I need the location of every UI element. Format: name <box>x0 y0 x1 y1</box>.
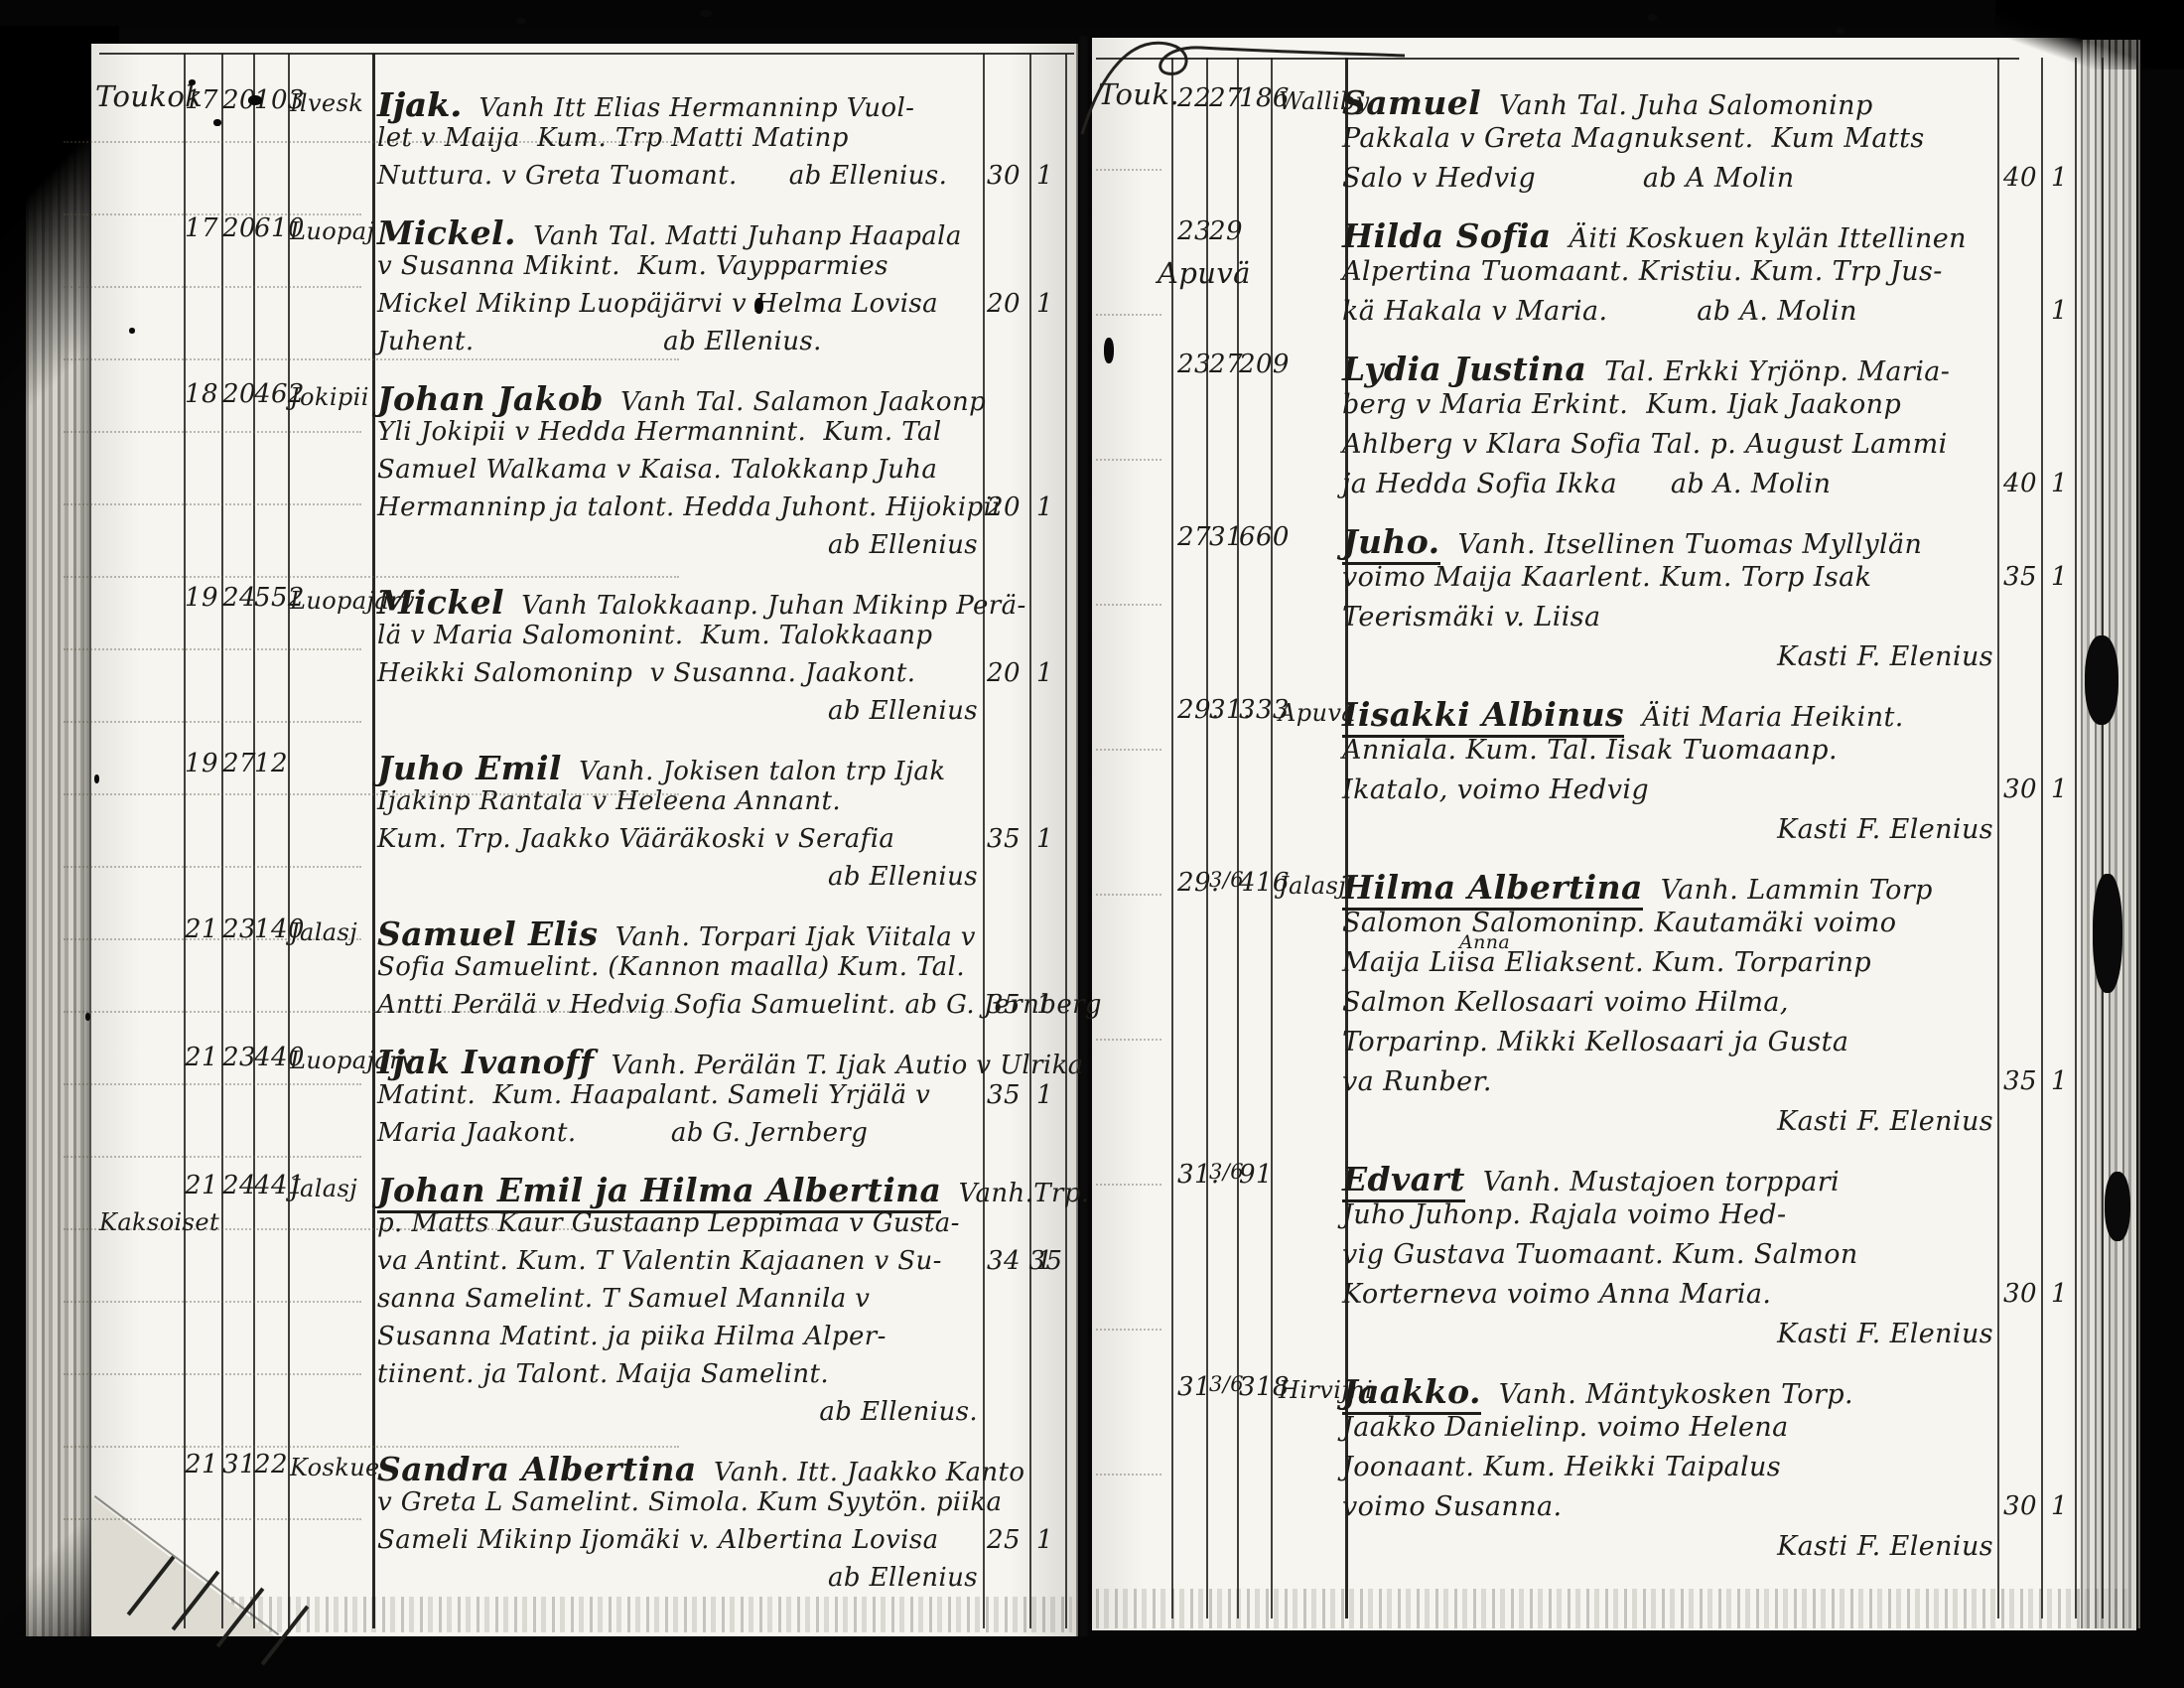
record-line-text: Vanh. Torpari Ijak Viitala v <box>598 922 976 952</box>
record-line-text: Tal. Erkki Yrjönp. Maria- <box>1586 356 1950 387</box>
village-cell-large: Apuvä <box>1158 256 1251 290</box>
record-line: Salmon Kellosaari voimo Hilma, <box>1342 987 1789 1018</box>
count-cell: 1 <box>2051 1279 2068 1309</box>
scan-speck <box>2085 635 2118 725</box>
record-line: Anniala. Kum. Tal. Iisak Tuomaanp. <box>1342 735 1838 766</box>
village-cell: Luopaj <box>290 217 374 245</box>
born-day-cell: 17 <box>185 213 218 243</box>
scan-speck <box>129 328 135 334</box>
record-line-text: Vanh. Mäntykosken Torp. <box>1481 1379 1853 1410</box>
born-day-cell: 23 <box>1177 350 1211 379</box>
record-line: Matint. Kum. Haapalant. Sameli Yrjälä v <box>377 1080 930 1110</box>
record-line-text: Vanh Itt Elias Hermanninp Vuol- <box>462 93 914 123</box>
faint-row-guide <box>64 1301 361 1303</box>
record-line: ab Ellenius <box>377 696 1093 726</box>
record-line: Mickel Mikinp Luopäjärvi v Helma Lovisa <box>377 289 938 319</box>
column-rule-line <box>1171 58 1173 1618</box>
record-line: ab Ellenius <box>377 1563 1093 1593</box>
record-line: ab Ellenius <box>377 862 1093 892</box>
faint-row-guide <box>1096 1184 1161 1186</box>
fee-cell: 35 <box>987 824 1021 854</box>
record-line-text: Äiti Maria Heikint. <box>1624 702 1904 733</box>
village-cell: Ilvesk <box>290 89 363 117</box>
record-line-text: Vanh. Itsellinen Tuomas Myllylän <box>1440 529 1923 560</box>
header-rule-right <box>1096 58 2019 60</box>
faint-row-guide <box>64 721 361 723</box>
child-name: Hilda Sofia <box>1342 216 1552 255</box>
record-line-text: Vanh. Itt. Jaakko Kanto <box>697 1458 1025 1487</box>
record-line: ab Ellenius. <box>377 1397 1093 1427</box>
column-rule-line <box>253 54 255 1628</box>
column-rule-line <box>1029 54 1031 1628</box>
child-name: Sandra Albertina <box>377 1450 697 1488</box>
baptized-day-cell: 27 <box>222 749 256 778</box>
scan-border-bottom <box>0 1636 2184 1688</box>
baptized-day-cell: 29 <box>1209 216 1243 246</box>
faint-row-guide <box>1096 749 1161 751</box>
record-number-cell: 22 <box>254 1450 288 1479</box>
record-line: Iisakki Albinus Äiti Maria Heikint. <box>1342 695 1904 734</box>
priest-signature: Kasti F. Elenius <box>1342 641 2049 672</box>
faint-row-guide <box>64 286 361 288</box>
faint-row-guide <box>64 1446 679 1448</box>
baptized-day-cell: 31 <box>1209 522 1243 552</box>
column-rule-line <box>983 54 985 1628</box>
column-rule-line <box>372 54 375 1628</box>
faint-row-guide <box>1096 314 1161 316</box>
record-line: Ahlberg v Klara Sofia Tal. p. August Lam… <box>1342 429 1948 460</box>
baptized-day-cell: 31 <box>222 1450 256 1479</box>
record-line: Maija Liisa Eliaksent. Kum. Torparinp <box>1342 947 1871 978</box>
record-line: Samuel Elis Vanh. Torpari Ijak Viitala v <box>377 914 976 953</box>
header-rule-left <box>99 53 1074 55</box>
child-name: Iisakki Albinus <box>1342 695 1624 738</box>
faint-row-guide <box>64 1518 361 1520</box>
born-day-cell: 31 <box>1177 1372 1211 1402</box>
priest-signature: Kasti F. Elenius <box>1342 1531 2049 1562</box>
child-name: Lydia Justina <box>1342 350 1586 388</box>
child-name: Ijak. <box>377 85 462 124</box>
record-line: Juho. Vanh. Itsellinen Tuomas Myllylän <box>1342 522 1922 561</box>
record-line: Yli Jokipii v Hedda Hermannint. Kum. Tal <box>377 417 942 447</box>
born-day-cell: 18 <box>185 379 218 409</box>
record-line: v Susanna Mikint. Kum. Vaypparmies <box>377 251 888 281</box>
record-line: Jaakko. Vanh. Mäntykosken Torp. <box>1342 1372 1853 1411</box>
record-line: Samuel Vanh Tal. Juha Salomoninp <box>1342 83 1873 122</box>
born-day-cell: 21 <box>185 1450 218 1479</box>
faint-row-guide <box>64 503 361 505</box>
record-number-cell: 209 <box>1239 350 1290 379</box>
record-line: va Runber. <box>1342 1066 1492 1097</box>
column-rule-line <box>2075 58 2077 1618</box>
record-line: Ijak Ivanoff Vanh. Perälän T. Ijak Autio… <box>377 1043 1084 1081</box>
child-name: Mickel. <box>377 213 516 252</box>
scan-speck <box>94 774 99 783</box>
record-line-text: Vanh. Jokisen talon trp Ijak <box>562 757 946 786</box>
scan-speck <box>248 95 262 105</box>
scan-speck <box>189 79 196 85</box>
born-day-cell: 19 <box>185 583 218 613</box>
month-cell: Touk. <box>1098 77 1179 111</box>
record-line: Samuel Walkama v Kaisa. Talokkanp Juha <box>377 455 937 485</box>
child-name: Jaakko. <box>1342 1372 1481 1415</box>
record-line-text: Vanh Talokkaanp. Juhan Mikinp Perä- <box>504 591 1026 621</box>
fee-cell: 35 <box>987 990 1021 1020</box>
record-line: Johan Jakob Vanh Tal. Salamon Jaakonp <box>377 379 986 418</box>
record-line: ab Ellenius <box>377 530 1093 560</box>
born-day-cell: 23 <box>1177 216 1211 246</box>
fee-cell: 25 <box>987 1525 1021 1555</box>
record-line: tiinent. ja Talont. Maija Samelint. <box>377 1359 829 1389</box>
record-line-text: Vanh.Trp. <box>941 1179 1089 1208</box>
child-name: Juho Emil <box>377 749 562 787</box>
fee-cell: 30 <box>987 161 1021 191</box>
record-line: p. Matts Kaur Gustaanp Leppimaa v Gusta- <box>377 1208 960 1238</box>
faint-row-guide <box>1096 1039 1161 1041</box>
superscript-note: Anna <box>1459 931 1510 953</box>
faint-row-guide <box>64 1156 361 1158</box>
child-name: Edvart <box>1342 1160 1465 1202</box>
record-line: voimo Maija Kaarlent. Kum. Torp Isak <box>1342 562 1871 593</box>
record-line: Sofia Samuelint. (Kannon maalla) Kum. Ta… <box>377 952 965 982</box>
record-line-text: Vanh. Perälän T. Ijak Autio v Ulrika <box>594 1051 1083 1080</box>
record-line-text: Vanh. Mustajoen torppari <box>1465 1167 1840 1197</box>
baptized-day-cell: 27 <box>1209 350 1243 379</box>
count-cell: 1 <box>2051 1066 2068 1096</box>
priest-signature: Kasti F. Elenius <box>1342 814 2049 845</box>
baptized-day-cell: 20 <box>222 213 256 243</box>
scan-speck <box>516 18 526 24</box>
fee-cell: 20 <box>987 492 1021 522</box>
born-day-cell: 21 <box>185 914 218 944</box>
count-cell: 1 <box>2051 163 2068 193</box>
born-day-cell: 21 <box>185 1043 218 1072</box>
fee-cell: 35 <box>987 1080 1021 1110</box>
record-line: Mickel Vanh Talokkaanp. Juhan Mikinp Per… <box>377 583 1026 622</box>
record-line: berg v Maria Erkint. Kum. Ijak Jaakonp <box>1342 389 1901 420</box>
record-line: Nuttura. v Greta Tuomant. ab Ellenius. <box>377 161 947 191</box>
record-line: vig Gustava Tuomaant. Kum. Salmon <box>1342 1239 1858 1270</box>
scan-border-right <box>2136 0 2184 1688</box>
record-line: Sameli Mikinp Ijomäki v. Albertina Lovis… <box>377 1525 939 1555</box>
record-line: Salo v Hedvig ab A Molin <box>1342 163 1794 194</box>
faint-row-guide <box>64 1083 361 1085</box>
record-line: Mickel. Vanh Tal. Matti Juhanp Haapala <box>377 213 962 252</box>
scan-speck <box>754 298 763 314</box>
count-cell: 1 <box>1036 289 1053 319</box>
record-line: Maria Jaakont. ab G. Jernberg <box>377 1118 868 1148</box>
born-day-cell: 22 <box>1177 83 1211 113</box>
fee-cell: 40 <box>2003 469 2037 498</box>
record-line: Ijak. Vanh Itt Elias Hermanninp Vuol- <box>377 85 914 124</box>
record-line: Ikatalo, voimo Hedvig <box>1342 774 1649 805</box>
child-name: Johan Emil ja Hilma Albertina <box>377 1171 941 1213</box>
child-name: Samuel <box>1342 83 1481 122</box>
faint-row-guide <box>64 648 361 650</box>
count-cell: 1 <box>2051 562 2068 592</box>
record-line: Edvart Vanh. Mustajoen torppari <box>1342 1160 1840 1198</box>
fee-cell: 30 <box>2003 1491 2037 1521</box>
scan-border-top <box>0 0 2184 26</box>
column-rule-line <box>288 54 290 1628</box>
column-rule-line <box>1065 54 1067 1628</box>
baptized-day-cell: 24 <box>222 583 256 613</box>
fee-cell: 20 <box>987 658 1021 688</box>
record-line: Ijakinp Rantala v Heleena Annant. <box>377 786 841 816</box>
record-line: ja Hedda Sofia Ikka ab A. Molin <box>1342 469 1831 499</box>
village-cell: Jalasj <box>290 1175 357 1202</box>
fee-cell: 35 <box>2003 562 2037 592</box>
record-line-text: Vanh Tal. Salamon Jaakonp <box>604 387 986 417</box>
count-cell: 1 <box>1036 492 1053 522</box>
record-line: Salomon Salomoninp. Kautamäki voimo <box>1342 908 1896 938</box>
column-rule-line <box>221 54 223 1628</box>
scan-speck <box>1837 28 1844 34</box>
born-day-cell: 27 <box>1177 522 1211 552</box>
record-line: Juhent. ab Ellenius. <box>377 327 822 356</box>
count-cell: 1 <box>1036 990 1053 1020</box>
faint-row-guide <box>1096 169 1161 171</box>
record-line-text: Äiti Koskuen kylän Ittellinen <box>1552 223 1967 254</box>
record-line: v Greta L Samelint. Simola. Kum Syytön. … <box>377 1487 1002 1517</box>
record-line: Jaakko Danielinp. voimo Helena <box>1342 1412 1789 1443</box>
faint-row-guide <box>1096 1329 1161 1331</box>
scanned-parish-register: { "document_kind": "handwritten parish b… <box>0 0 2184 1688</box>
record-line: sanna Samelint. T Samuel Mannila v <box>377 1284 870 1314</box>
record-line: Teerismäki v. Liisa <box>1342 602 1601 633</box>
village-cell: Koskue <box>290 1454 380 1481</box>
born-day-cell: 21 <box>185 1171 218 1200</box>
record-line: Alpertina Tuomaant. Kristiu. Kum. Trp Ju… <box>1342 256 1943 287</box>
record-line: kä Hakala v Maria. ab A. Molin <box>1342 296 1857 327</box>
baptized-day-cell: 23 <box>222 914 256 944</box>
scan-speck <box>2093 874 2122 993</box>
scan-speck <box>700 10 712 17</box>
priest-signature: Kasti F. Elenius <box>1342 1319 2049 1349</box>
record-line: voimo Susanna. <box>1342 1491 1562 1522</box>
record-line: Johan Emil ja Hilma Albertina Vanh.Trp. <box>377 1171 1090 1209</box>
record-line: Joonaant. Kum. Heikki Taipalus <box>1342 1452 1781 1482</box>
child-name: Johan Jakob <box>377 379 604 418</box>
scan-speck <box>1104 338 1114 363</box>
record-number-cell: 12 <box>254 749 288 778</box>
column-rule-line <box>2102 58 2104 1618</box>
count-cell: 1 <box>1036 161 1053 191</box>
count-cell: 1 <box>2051 296 2068 326</box>
child-name: Juho. <box>1342 522 1440 565</box>
fee-cell: 35 <box>2003 1066 2037 1096</box>
page-edge-ragged-right <box>2081 40 2140 1628</box>
record-line: Pakkala v Greta Magnuksent. Kum Matts <box>1342 123 1925 154</box>
faint-row-guide <box>1096 459 1161 461</box>
baptized-day-cell: 24 <box>222 1171 256 1200</box>
count-cell: 1 <box>2051 1491 2068 1521</box>
record-line: Heikki Salomoninp v Susanna. Jaakont. <box>377 658 915 688</box>
fee-cell: 30 <box>2003 774 2037 804</box>
priest-signature: Kasti F. Elenius <box>1342 1106 2049 1137</box>
count-cell: 1 <box>2051 469 2068 498</box>
born-day-cell: 17 <box>185 85 218 115</box>
column-rule-line <box>184 54 186 1628</box>
village-note-cell: Kaksoiset <box>99 1208 219 1236</box>
record-line-text: Vanh Tal. Matti Juhanp Haapala <box>516 221 962 251</box>
fee-cell: 30 <box>2003 1279 2037 1309</box>
faint-row-guide <box>1096 894 1161 896</box>
record-number-cell: 91 <box>1239 1160 1273 1190</box>
record-line: Korterneva voimo Anna Maria. <box>1342 1279 1771 1310</box>
record-line: Juho Emil Vanh. Jokisen talon trp Ijak <box>377 749 945 787</box>
baptized-day-cell: 27 <box>1209 83 1243 113</box>
faint-row-guide <box>64 358 679 360</box>
count-cell: 1 <box>1036 824 1053 854</box>
baptized-day-cell: 20 <box>222 379 256 409</box>
count-cell: 1 <box>1036 1246 1053 1276</box>
record-line: Kum. Trp. Jaakko Vääräkoski v Serafia <box>377 824 894 854</box>
count-cell: 1 <box>1036 658 1053 688</box>
record-line: va Antint. Kum. T Valentin Kajaanen v Su… <box>377 1246 942 1276</box>
scan-speck <box>213 119 221 126</box>
village-cell: Jalasj <box>290 918 357 946</box>
record-line: Lydia Justina Tal. Erkki Yrjönp. Maria- <box>1342 350 1950 388</box>
count-cell: 1 <box>2051 774 2068 804</box>
record-line: Juho Juhonp. Rajala voimo Hed- <box>1342 1199 1786 1230</box>
page-bottom-noise <box>1096 1589 2128 1628</box>
child-name: Ijak Ivanoff <box>377 1043 594 1081</box>
record-line: Hermanninp ja talont. Hedda Juhont. Hijo… <box>377 492 1001 522</box>
count-cell: 1 <box>1036 1525 1053 1555</box>
record-line-text: Vanh. Lammin Torp <box>1643 875 1933 906</box>
village-cell: Jalasj <box>1279 872 1346 900</box>
record-line: Hilma Albertina Vanh. Lammin Torp <box>1342 868 1933 907</box>
record-line: Susanna Matint. ja piika Hilma Alper- <box>377 1322 887 1351</box>
faint-row-guide <box>64 576 679 578</box>
record-line-text: Vanh Tal. Juha Salomoninp <box>1481 90 1873 121</box>
record-line: Torparinp. Mikki Kellosaari ja Gusta <box>1342 1027 1848 1057</box>
child-name: Mickel <box>377 583 504 622</box>
record-number-cell: 660 <box>1239 522 1290 552</box>
scan-speck <box>2105 1172 2130 1241</box>
count-cell: 1 <box>1036 1080 1053 1110</box>
born-day-cell: 19 <box>185 749 218 778</box>
child-name: Hilma Albertina <box>1342 868 1643 911</box>
scan-speck <box>85 1013 90 1021</box>
scan-speck <box>1648 14 1657 21</box>
baptized-day-cell: 23 <box>222 1043 256 1072</box>
fee-cell: 20 <box>987 289 1021 319</box>
faint-row-guide <box>1096 1474 1161 1476</box>
faint-row-guide <box>64 866 361 868</box>
child-name: Samuel Elis <box>377 914 598 953</box>
record-line: lä v Maria Salomonint. Kum. Talokkaanp <box>377 621 932 650</box>
faint-row-guide <box>1096 604 1161 606</box>
faint-row-guide <box>64 431 361 433</box>
record-line: Hilda Sofia Äiti Koskuen kylän Ittelline… <box>1342 216 1967 255</box>
record-line: let v Maija Kum. Trp Matti Matinp <box>377 123 849 153</box>
fee-cell: 40 <box>2003 163 2037 193</box>
faint-row-guide <box>64 1373 361 1375</box>
village-cell: Jokipii <box>290 383 369 411</box>
record-line: Sandra Albertina Vanh. Itt. Jaakko Kanto <box>377 1450 1024 1488</box>
